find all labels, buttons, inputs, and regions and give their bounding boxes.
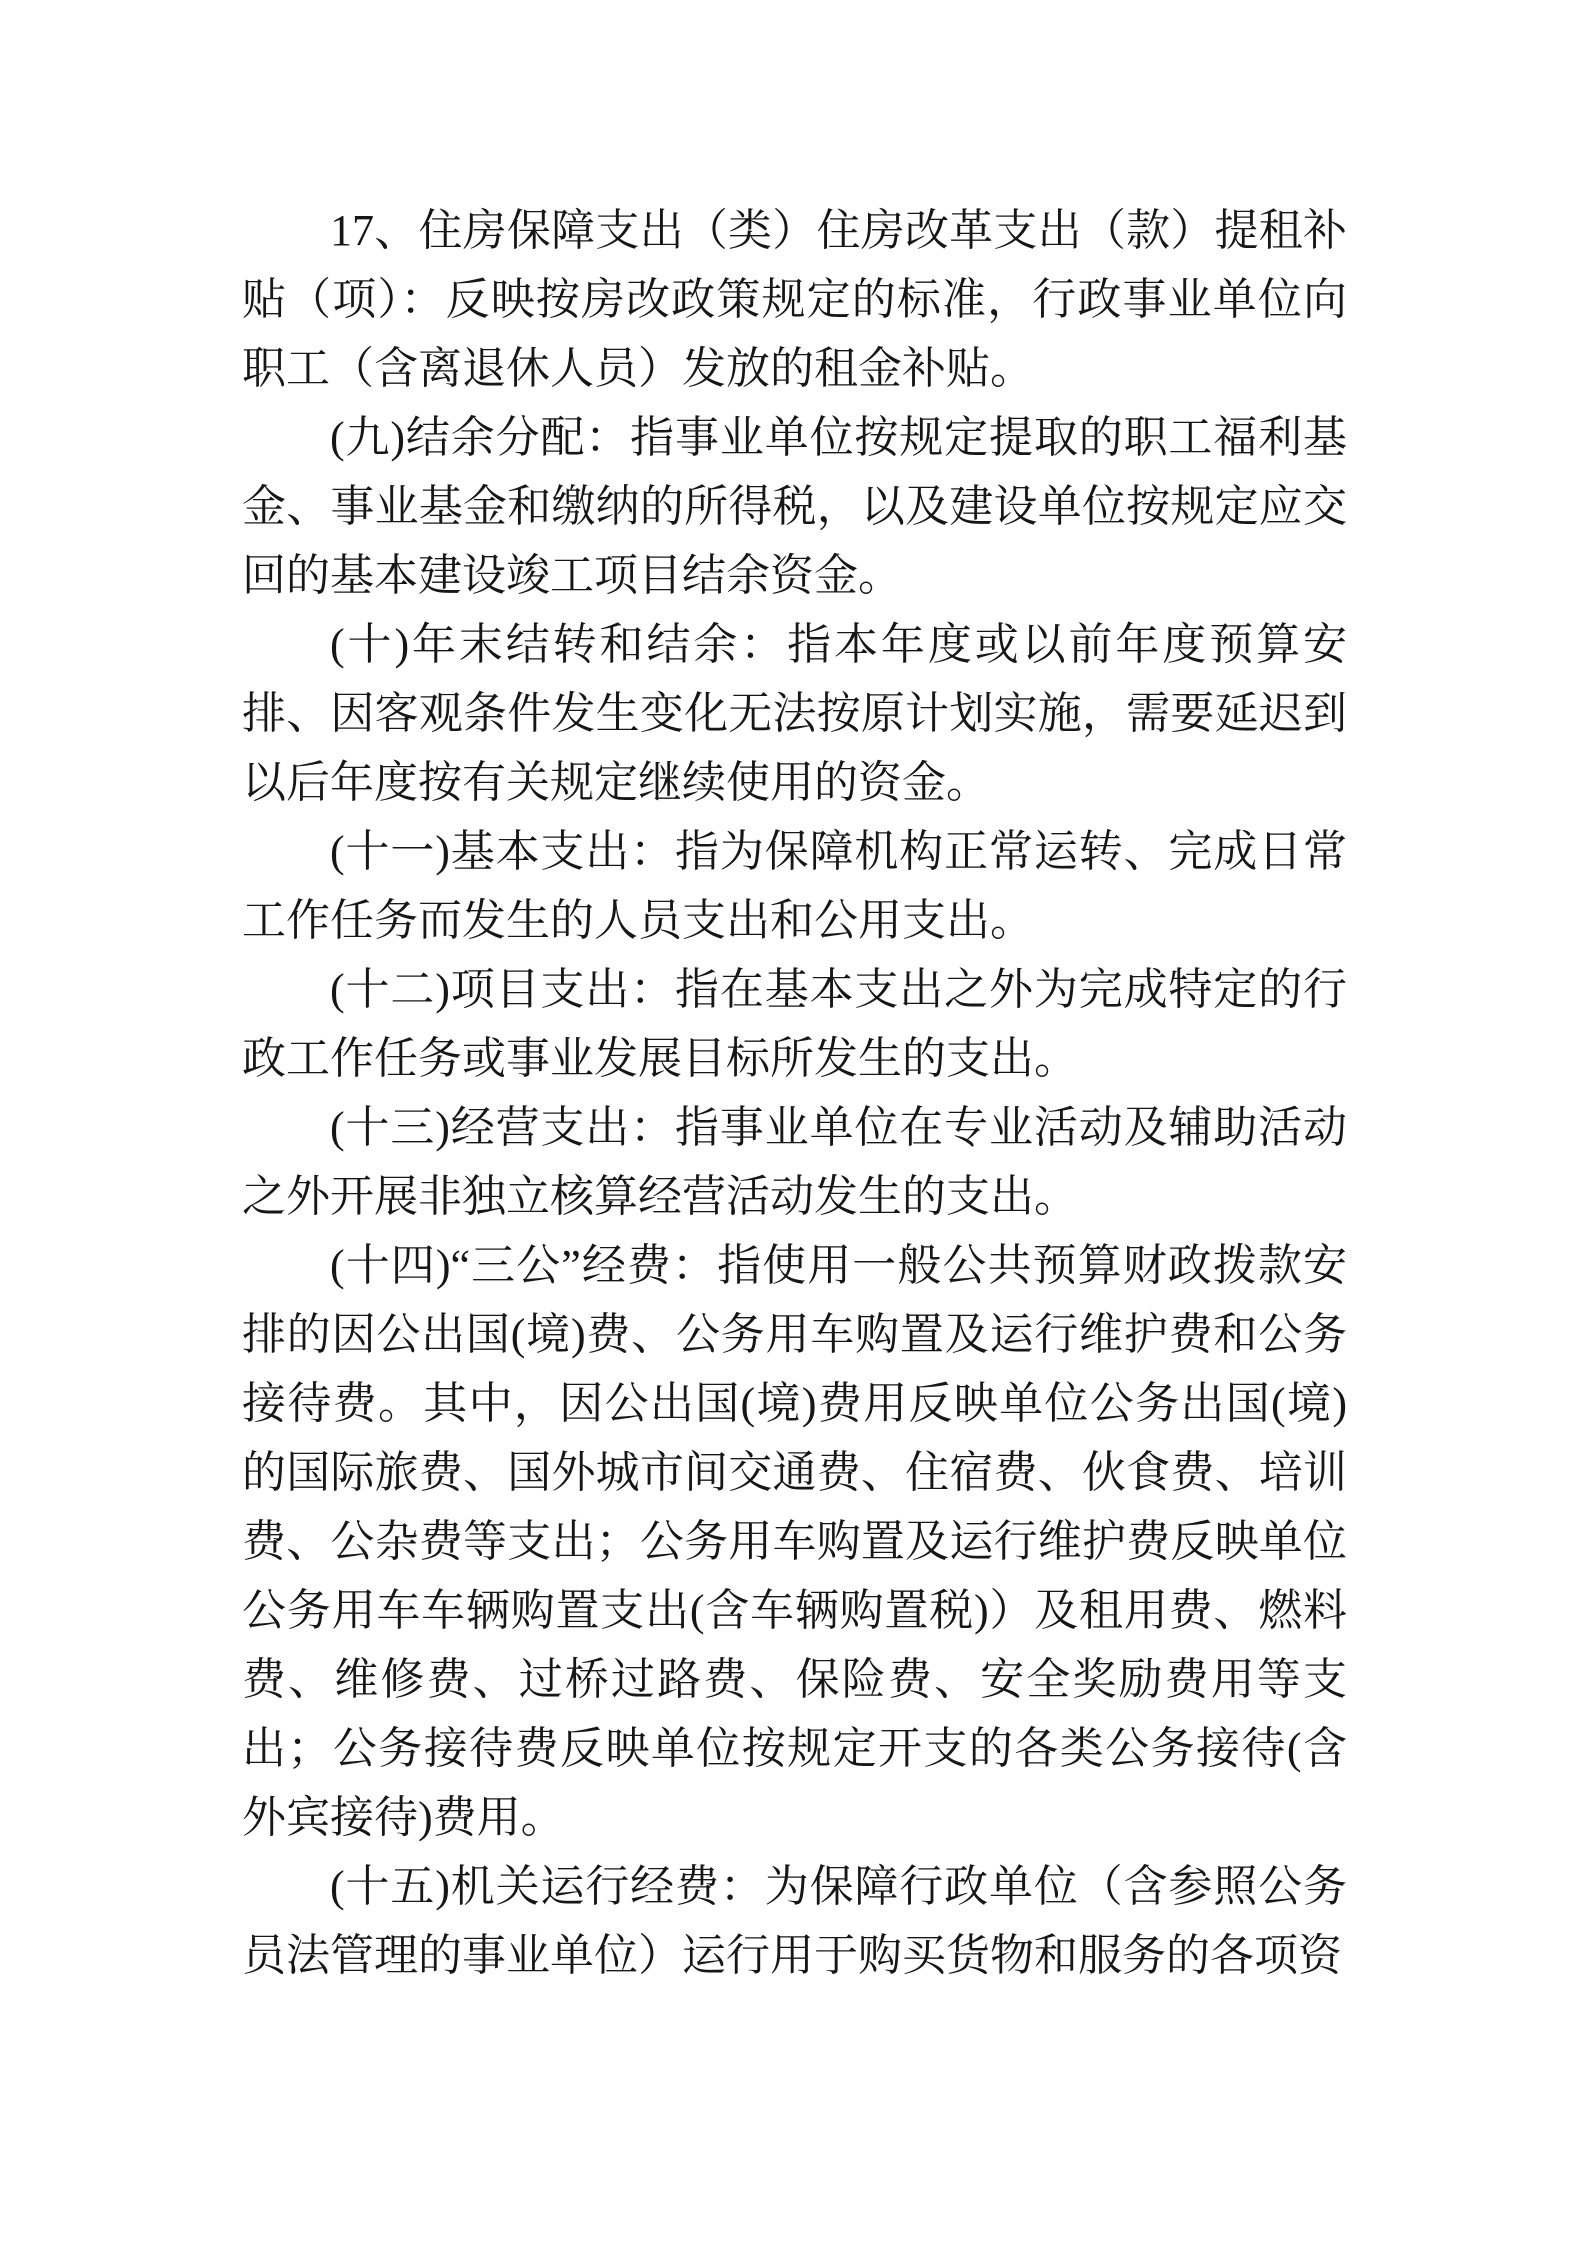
document-paragraph: (九)结余分配：指事业单位按规定提取的职工福利基金、事业基金和缴纳的所得税，以及… (242, 403, 1347, 610)
document-paragraph: 17、住房保障支出（类）住房改革支出（款）提租补贴（项）：反映按房改政策规定的标… (242, 196, 1347, 403)
document-text-block: 17、住房保障支出（类）住房改革支出（款）提租补贴（项）：反映按房改政策规定的标… (242, 196, 1347, 1990)
document-page: 17、住房保障支出（类）住房改革支出（款）提租补贴（项）：反映按房改政策规定的标… (0, 0, 1587, 2245)
document-paragraph: (十三)经营支出：指事业单位在专业活动及辅助活动之外开展非独立核算经营活动发生的… (242, 1093, 1347, 1231)
document-paragraph: (十四)“三公”经费：指使用一般公共预算财政拨款安排的因公出国(境)费、公务用车… (242, 1231, 1347, 1852)
document-paragraph: (十五)机关运行经费：为保障行政单位（含参照公务员法管理的事业单位）运行用于购买… (242, 1852, 1347, 1990)
document-paragraph: (十一)基本支出：指为保障机构正常运转、完成日常工作任务而发生的人员支出和公用支… (242, 817, 1347, 955)
document-paragraph: (十)年末结转和结余：指本年度或以前年度预算安排、因客观条件发生变化无法按原计划… (242, 610, 1347, 817)
document-paragraph: (十二)项目支出：指在基本支出之外为完成特定的行政工作任务或事业发展目标所发生的… (242, 955, 1347, 1093)
